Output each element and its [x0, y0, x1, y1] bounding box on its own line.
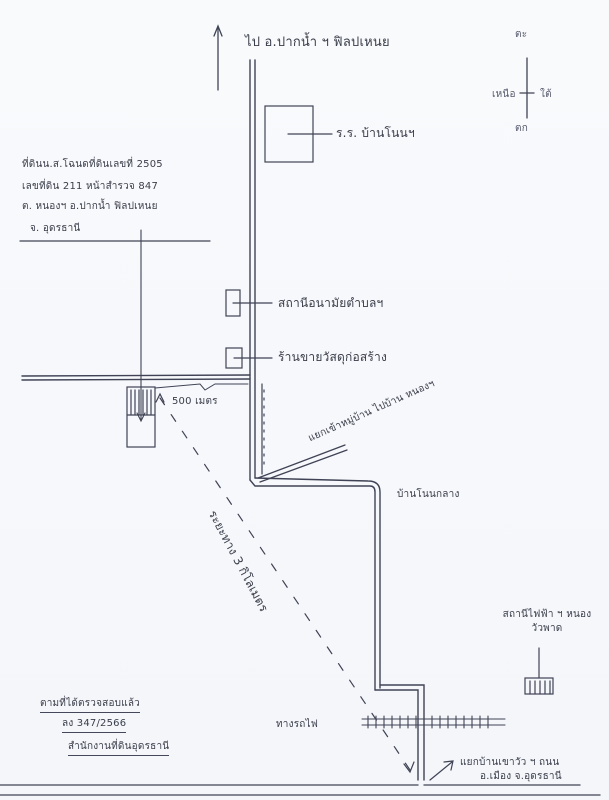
- north-arrow-icon: [214, 26, 222, 90]
- distance-marker: 500 เมตร: [172, 395, 218, 409]
- compass-north: ตะ: [515, 28, 527, 42]
- signature-line3: สำนักงานที่ดินอุดรธานี: [68, 740, 169, 756]
- compass-west: เหนือ: [492, 88, 516, 102]
- bottom-road: [0, 785, 600, 795]
- parcel-info-line1: ที่ดินน.ส.โฉนดที่ดินเลขที่ 2505: [22, 158, 163, 172]
- parcel-info-line4: จ. อุดรธานี: [30, 222, 80, 236]
- compass-east: ใต้: [540, 88, 552, 102]
- map-drawing: [0, 0, 609, 800]
- shop-label: ร้านขายวัสดุก่อสร้าง: [278, 350, 387, 364]
- railway: [362, 716, 505, 728]
- parcel-info-line3: ต. หนองฯ อ.ปากน้ำ ฟิลปเหนย: [22, 200, 158, 214]
- junction-sublabel: อ.เมือง จ.อุดรธานี: [480, 770, 562, 784]
- village-label: บ้านโนนกลาง: [397, 488, 460, 502]
- diagonal-route: [160, 398, 410, 770]
- power-station-icon: [525, 648, 553, 694]
- compass-icon: [520, 58, 534, 118]
- junction-label: แยกบ้านเขาวัว ฯ ถนน: [460, 756, 559, 770]
- signature-line1: ตามที่ได้ตรวจสอบแล้ว: [40, 697, 140, 713]
- school-label: ร.ร. บ้านโนนฯ: [336, 126, 415, 140]
- north-destination-label: ไป อ.ปากน้ำ ฯ ฟิลปเหนย: [245, 36, 390, 50]
- parcel-info-line2: เลขที่ดิน 211 หน้าสำรวจ 847: [22, 180, 158, 194]
- shop-icon: [226, 348, 272, 368]
- railway-label: ทางรถไฟ: [276, 718, 318, 732]
- cross-road: [22, 375, 250, 390]
- signature-line2: ลง 347/2566: [62, 717, 126, 733]
- compass-south: ตก: [515, 122, 528, 136]
- health-center-label: สถานีอนามัยตำบลฯ: [278, 296, 383, 310]
- school-icon: [265, 106, 332, 162]
- power-station-label: สถานีไฟฟ้า ฯ หนองวัวพาด: [497, 608, 597, 636]
- branch-road: [258, 445, 347, 482]
- health-center-icon: [226, 290, 272, 316]
